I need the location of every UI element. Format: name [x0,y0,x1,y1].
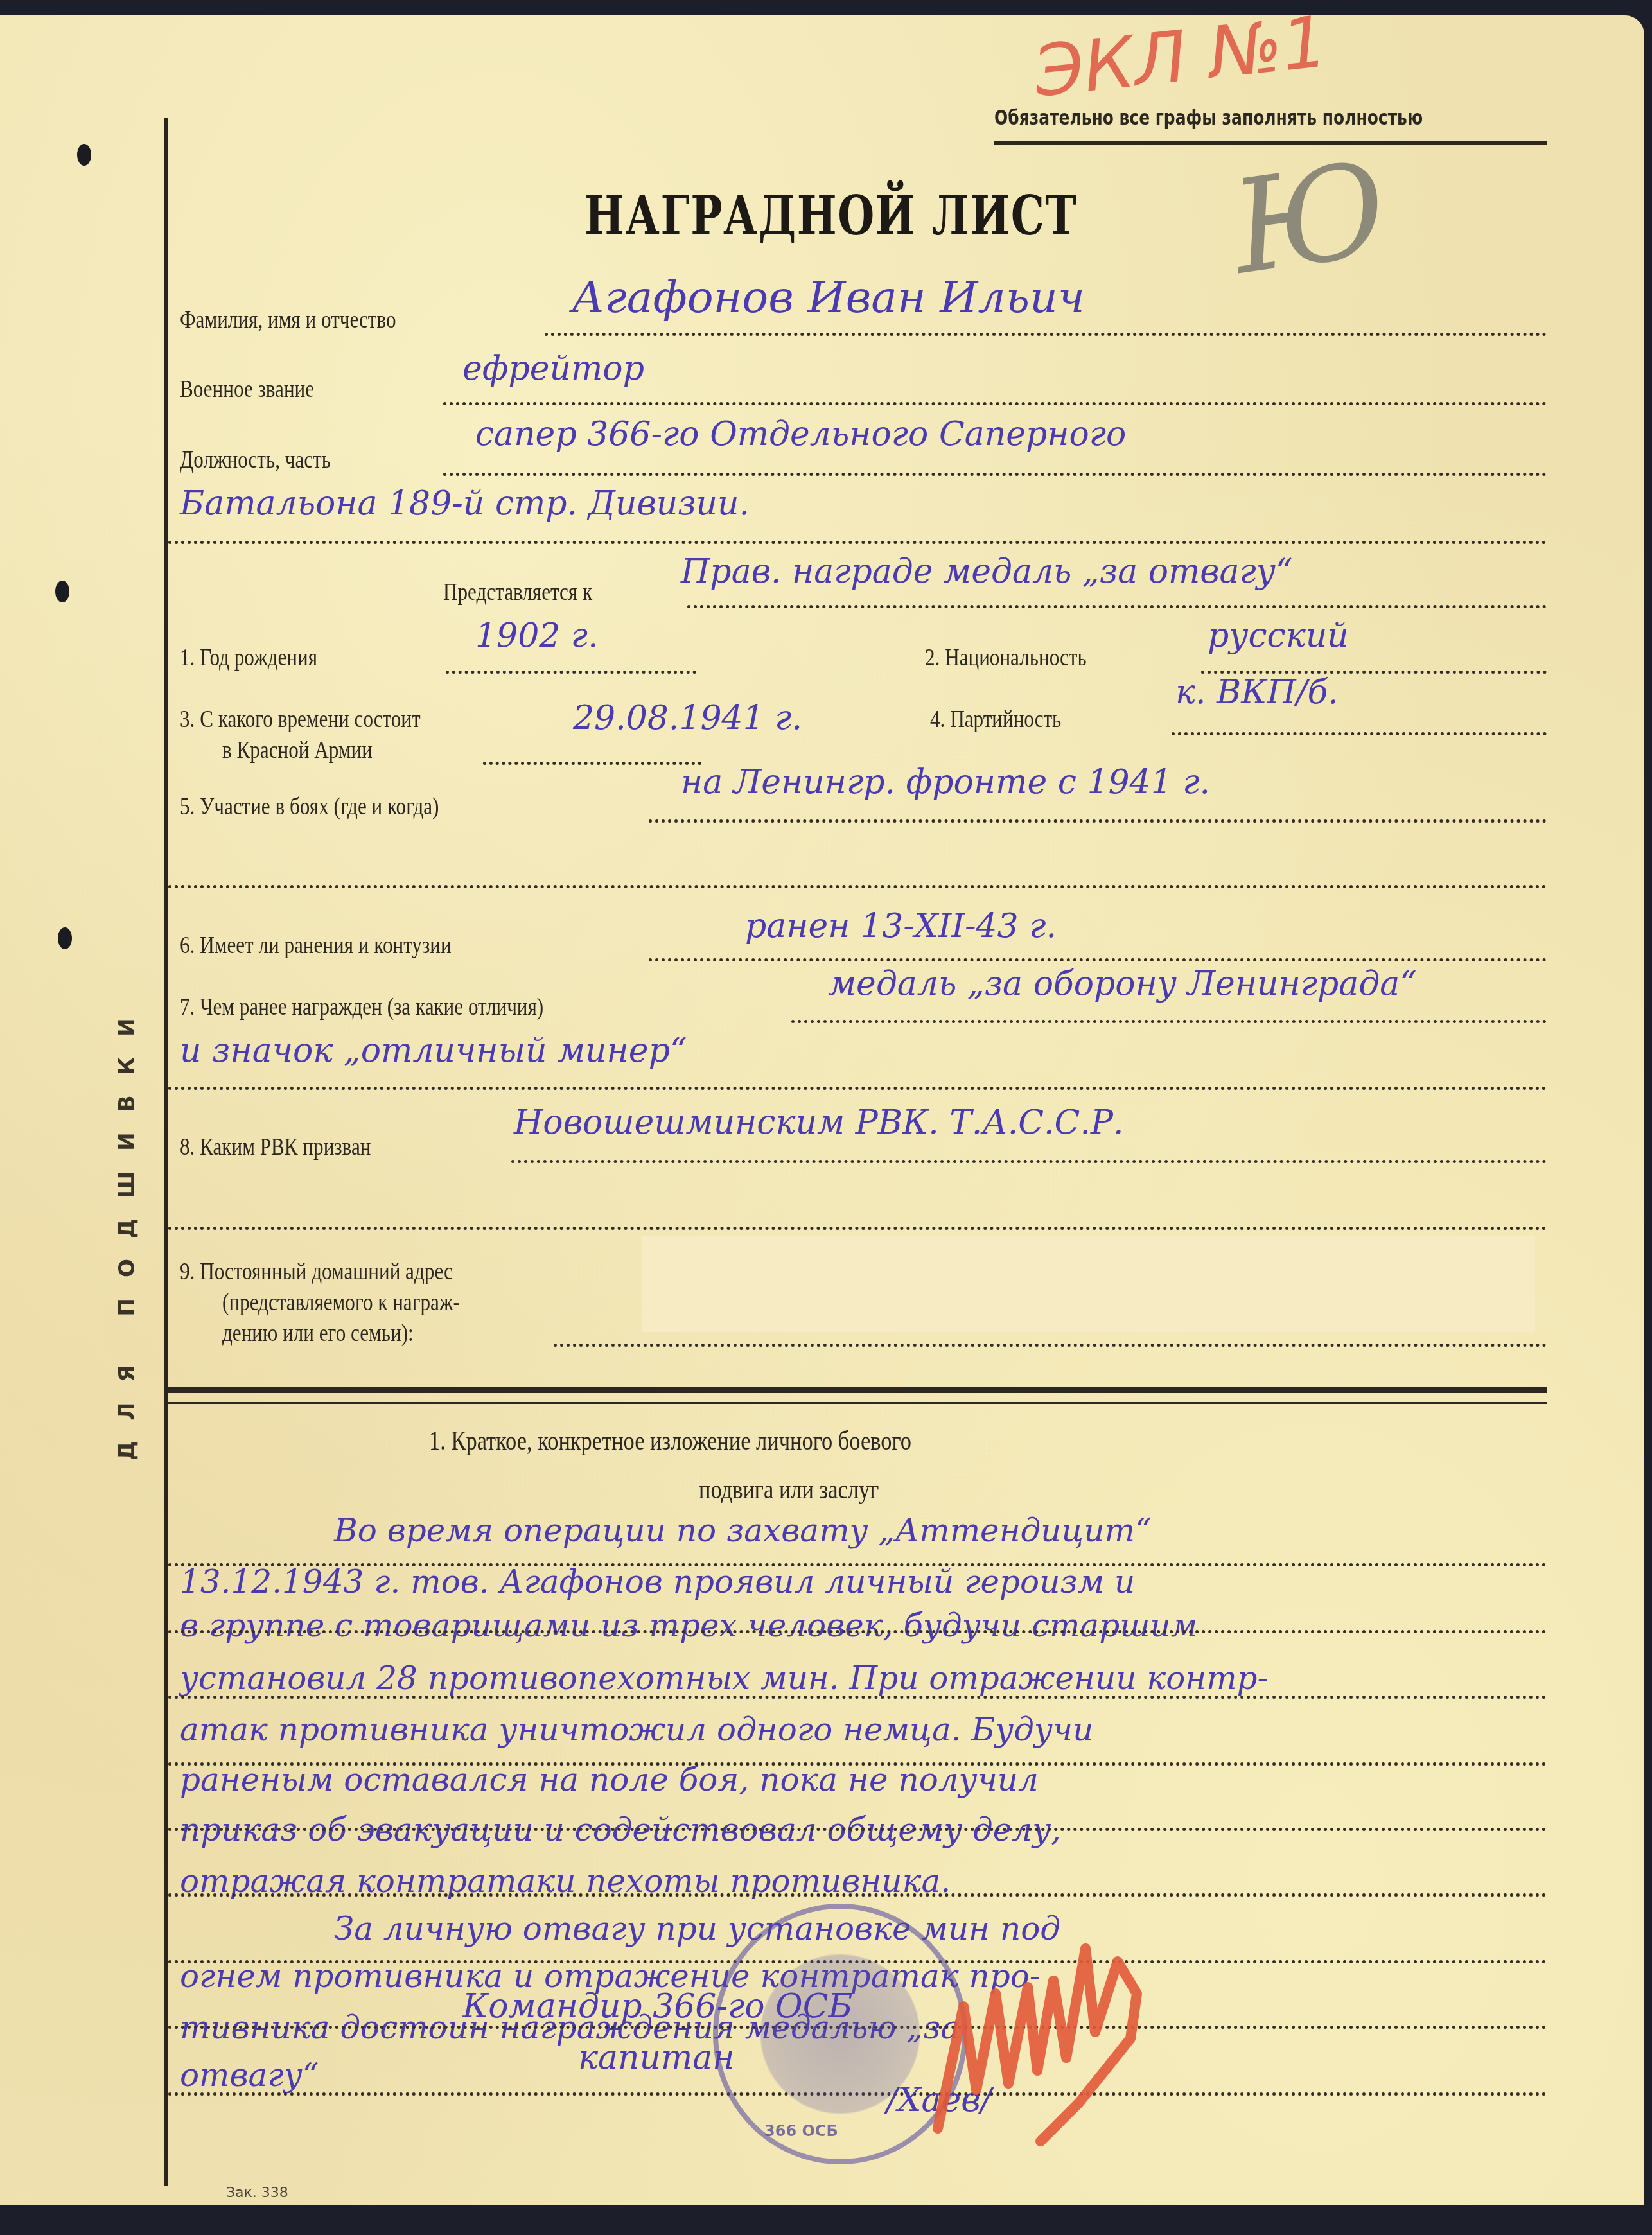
full-name-label: Фамилия, имя и отчество [180,306,396,334]
red-signature [925,1936,1220,2148]
binding-margin-line [164,118,168,2186]
archive-mark: ЭКЛ №1 [1031,0,1331,112]
conscripted-line-2 [168,1227,1547,1230]
address-label-line1: 9. Постоянный домашний адрес [180,1258,453,1286]
ruled-line [168,1893,1547,1897]
position-label: Должность, часть [180,446,331,474]
fill-notice: Обязательно все графы заполнять полность… [994,105,1423,130]
ruled-line [168,1828,1547,1831]
position-line-2 [168,541,1547,544]
narrative-line: атак противника уничтожил одного немца. … [180,1711,1093,1748]
stamp-text: 366 ОСБ [764,2122,838,2140]
wounds-line [649,958,1547,961]
punch-hole [58,927,72,949]
narrative-line: раненым оставался на поле боя, пока не п… [180,1761,1039,1798]
wounds-label: 6. Имеет ли ранения и контузии [180,931,452,960]
ruled-line [168,1696,1547,1699]
position-value-line2: Батальона 189-й стр. Дивизии. [180,484,750,523]
combat-line-2 [168,885,1547,888]
previous-awards-line [791,1020,1547,1023]
rank-value: ефрейтор [462,349,644,388]
ruled-line [168,1563,1547,1566]
nationality-label: 2. Национальность [925,644,1087,672]
nationality-value: русский [1208,617,1349,655]
section1-heading-line2: подвига или заслуг [699,1475,879,1505]
print-order: Зак. 338 [226,2185,288,2201]
address-redaction [642,1236,1535,1332]
service-since-value: 29.08.1941 г. [573,699,802,737]
combat-line [649,819,1547,823]
conscripted-value: Новошешминским РВК. Т.А.С.С.Р. [514,1103,1123,1142]
party-value: к. ВКП/б. [1175,673,1339,712]
party-line [1172,732,1547,735]
address-label-line3: дению или его семьи): [222,1319,414,1347]
margin-label: ДЛЯ ПОДШИВКИ [114,997,140,1460]
rank-label: Военное звание [180,375,314,403]
previous-awards-value-line2: и значок „отличный минер“ [180,1031,687,1070]
notice-underline [994,141,1547,145]
punch-hole [77,144,91,166]
pencil-mark: Ю [1224,134,1396,304]
signer-rank: капитан [578,2038,735,2077]
section1-heading-line1: 1. Краткое, конкретное изложение личного… [429,1426,911,1457]
nominated-label: Представляется к [443,578,592,606]
birth-year-line [446,670,696,674]
combat-value: на Ленингр. фронте с 1941 г. [681,763,1210,802]
full-name-value: Агафонов Иван Ильич [572,272,1085,323]
birth-year-label: 1. Год рождения [180,644,317,672]
previous-awards-line-2 [168,1087,1547,1090]
address-label-line2: (представляемого к награж- [222,1288,460,1317]
rank-line [443,402,1547,405]
conscripted-label: 8. Каким РВК призван [180,1133,371,1161]
narrative-line: Во время операции по захвату „Аттендицит… [334,1512,1152,1549]
narrative-line: в группе с товарищами из трех человек, б… [180,1607,1197,1644]
party-label: 4. Партийность [930,705,1061,733]
punch-hole [55,581,69,602]
combat-label: 5. Участие в боях (где и когда) [180,793,439,821]
narrative-line: 13.12.1943 г. тов. Агафонов проявил личн… [180,1563,1135,1600]
narrative-line: установил 28 противопехотных мин. При от… [180,1660,1268,1697]
wounds-value: ранен 13-XII-43 г. [745,907,1057,945]
page-title: НАГРАДНОЙ ЛИСТ [584,184,1078,247]
previous-awards-value-line1: медаль „за оборону Ленинграда“ [829,965,1417,1003]
full-name-line [545,333,1547,336]
service-since-label-line2: в Красной Армии [222,736,373,764]
address-line [554,1344,1547,1347]
section-divider [168,1387,1547,1404]
nominated-line [687,605,1547,608]
service-since-line [483,762,701,765]
narrative-line: отвагу“ [180,2056,319,2094]
service-since-label-line1: 3. С какого времени состоит [180,705,421,733]
position-line [443,473,1547,476]
position-value-line1: сапер 366-го Отдельного Саперного [475,415,1126,453]
signer-title: Командир 366-го ОСБ [462,1987,853,2026]
award-sheet-page: ДЛЯ ПОДШИВКИ ЭКЛ №1 Ю Обязательно все гр… [0,15,1644,2205]
ruled-line [168,1762,1547,1766]
nominated-value: Прав. награде медаль „за отвагу“ [681,552,1293,591]
ruled-line [168,1630,1547,1633]
birth-year-value: 1902 г. [475,617,599,655]
conscripted-line [511,1160,1547,1163]
previous-awards-label: 7. Чем ранее награжден (за какие отличия… [180,993,543,1021]
